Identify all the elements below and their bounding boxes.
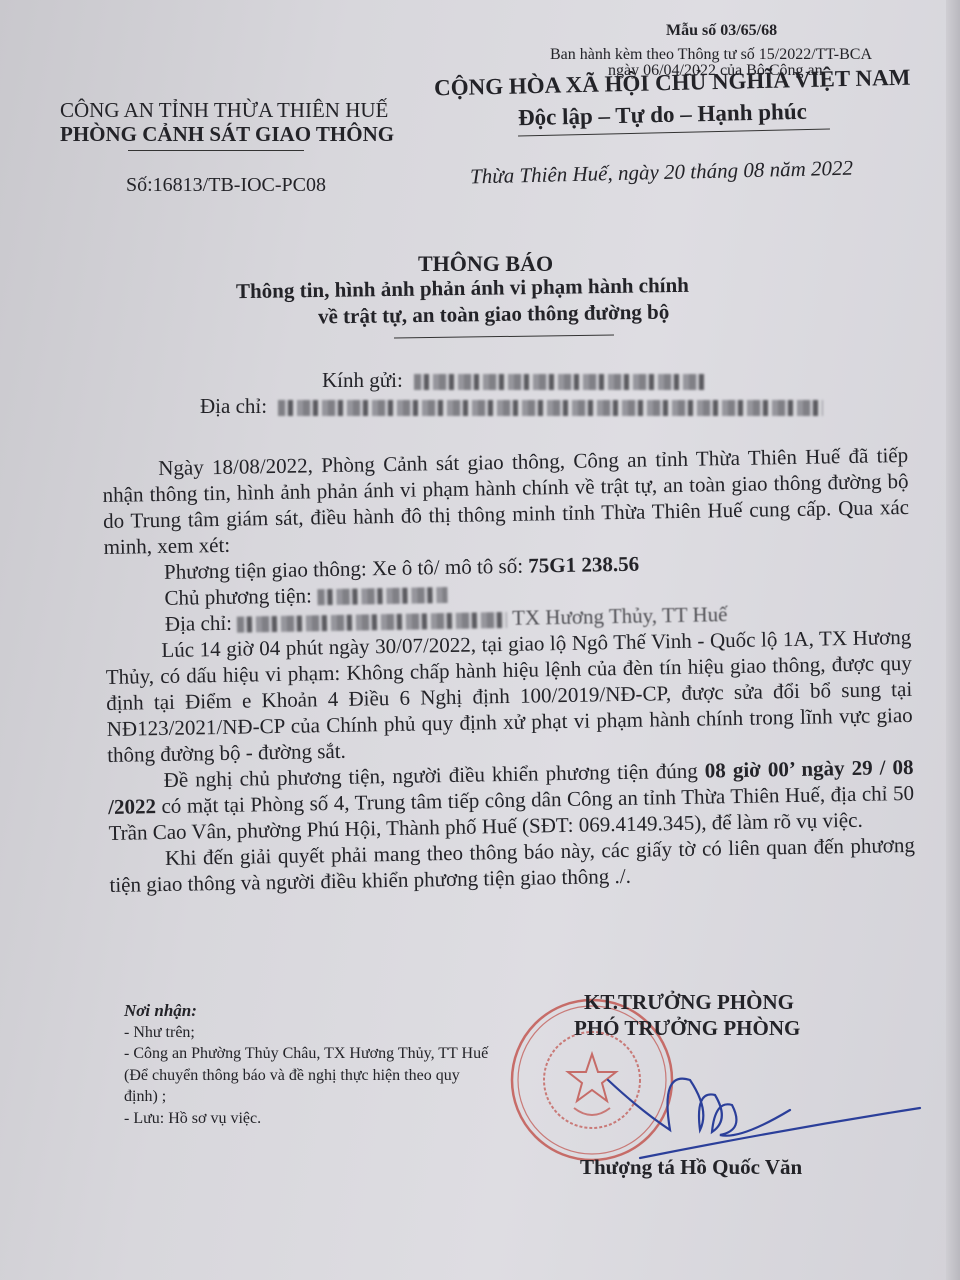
document-title: THÔNG BÁO	[418, 251, 553, 277]
national-motto: Độc lập – Tự do – Hạnh phúc	[518, 99, 807, 132]
agency-name: CÔNG AN TỈNH THỪA THIÊN HUẾ	[60, 98, 388, 123]
national-title: CỘNG HÒA XÃ HỘI CHỦ NGHĨA VIỆT NAM	[434, 65, 911, 102]
redacted-address	[278, 400, 823, 416]
redacted-owner	[317, 587, 447, 605]
body-text: Ngày 18/08/2022, Phòng Cảnh sát giao thô…	[102, 442, 916, 898]
document-number: Số:16813/TB-IOC-PC08	[126, 174, 326, 197]
recipients-block: Nơi nhận: - Như trên; - Công an Phường T…	[124, 1000, 494, 1129]
form-number: Mẫu số 03/65/68	[666, 22, 777, 40]
signature-title-1: KT.TRƯỞNG PHÒNG	[584, 990, 794, 1015]
recipient-item: - Lưu: Hồ sơ vụ việc.	[124, 1108, 494, 1130]
paragraph-intro: Ngày 18/08/2022, Phòng Cảnh sát giao thô…	[102, 442, 910, 560]
recipient-line: Kính gửi:	[322, 368, 704, 393]
recipients-heading: Nơi nhận:	[124, 1000, 494, 1022]
divider	[394, 334, 614, 338]
handwritten-signature-icon	[600, 1050, 930, 1170]
signer-name: Thượng tá Hồ Quốc Văn	[580, 1155, 802, 1180]
redacted-name	[414, 374, 704, 390]
redacted-owner-address	[237, 612, 507, 633]
paragraph-violation: Lúc 14 giờ 04 phút ngày 30/07/2022, tại …	[105, 624, 913, 768]
page-edge	[946, 0, 960, 1280]
recipient-item: - Như trên;	[124, 1022, 494, 1044]
place-date: Thừa Thiên Huế, ngày 20 tháng 08 năm 202…	[470, 156, 853, 190]
recipient-item: - Công an Phường Thủy Châu, TX Hương Thủ…	[124, 1043, 494, 1108]
divider	[128, 150, 304, 151]
document-subtitle-2: về trật tự, an toàn giao thông đường bộ	[318, 300, 670, 330]
document-page: Mẫu số 03/65/68 Ban hành kèm theo Thông …	[0, 0, 960, 1280]
address-line: Địa chỉ:	[200, 394, 823, 419]
address-label: Địa chỉ:	[200, 394, 267, 418]
recipient-label: Kính gửi:	[322, 368, 403, 392]
paragraph-summons: Đề nghị chủ phương tiện, người điều khiể…	[107, 754, 914, 846]
signature-title-2: PHÓ TRƯỞNG PHÒNG	[574, 1016, 800, 1041]
department-name: PHÒNG CẢNH SÁT GIAO THÔNG	[60, 122, 394, 147]
license-plate: 75G1 238.56	[528, 552, 639, 578]
